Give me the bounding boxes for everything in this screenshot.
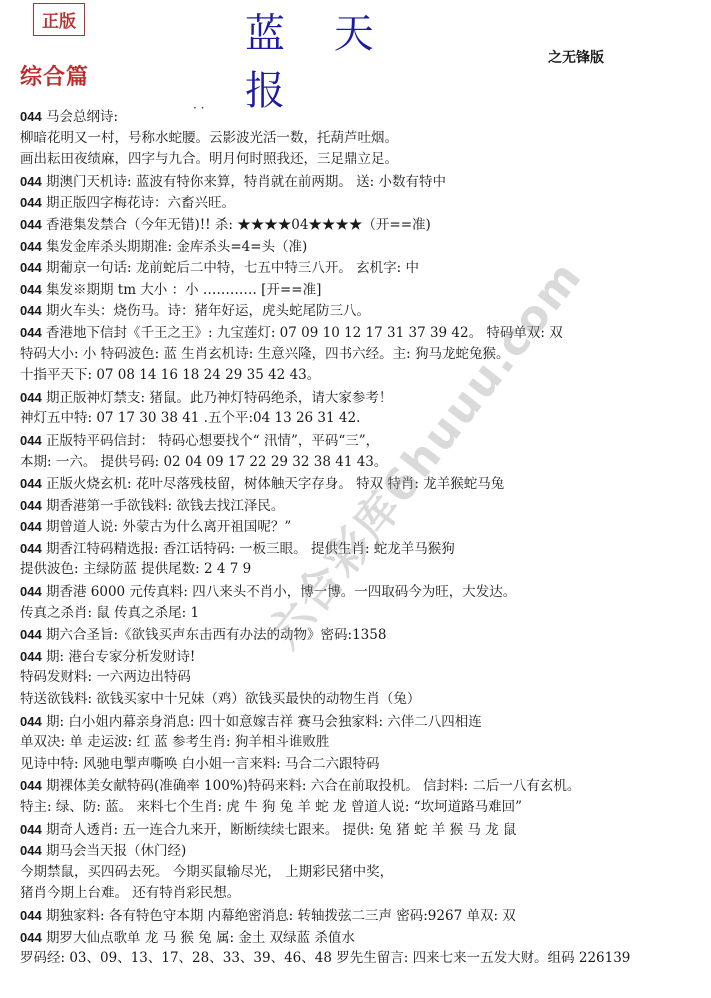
- issue-number: 044: [20, 325, 42, 340]
- text-line: 044 期六合圣旨:《欲钱买声东击西有办法的动物》密码:1358: [20, 624, 701, 646]
- line-text: 猪肖今期上台难。 还有特肖彩民想。: [20, 885, 240, 901]
- issue-number: 044: [20, 217, 42, 232]
- text-line: 044 期香港第一手欲钱料: 欲钱去找江泽民。: [20, 495, 701, 517]
- page-title: 蓝 天 报: [245, 2, 445, 116]
- line-text: 神灯五中特: 07 17 30 38 41 .五个平:04 13 26 31 4…: [20, 410, 360, 426]
- text-line: 十指平天下: 07 08 14 16 18 24 29 35 42 43。: [20, 365, 701, 387]
- issue-number: 044: [20, 195, 42, 210]
- issue-number: 044: [20, 260, 42, 275]
- line-text: 特码大小: 小 特码波色: 蓝 生肖玄机诗: 生意兴隆，四书六经。主: 狗马龙蛇…: [20, 346, 509, 362]
- line-text: 期正版神灯禁支: 猪鼠。此乃神灯特码绝杀，请大家参考！: [42, 390, 393, 406]
- line-text: 期奇人透肖: 五一连合九来开，断断续续七跟来。 提供: 兔 猪 蛇 羊 猴 马 …: [42, 822, 517, 838]
- text-line: 044 期独家料: 各有特色守本期 内幕绝密消息: 转轴拨弦二三声 密码:926…: [20, 905, 701, 927]
- line-text: 期六合圣旨:《欲钱买声东击西有办法的动物》密码:1358: [42, 627, 387, 643]
- text-line: 044 期奇人透肖: 五一连合九来开，断断续续七跟来。 提供: 兔 猪 蛇 羊 …: [20, 819, 701, 841]
- line-text: 期正版四字梅花诗：六畜兴旺。: [42, 195, 235, 211]
- line-text: 特码发财料: 一六两边出特码: [20, 669, 191, 685]
- text-line: 044 香港集发禁合（今年无错)!! 杀: ★★★★04★★★★（开==准): [20, 214, 701, 236]
- text-line: 传真之杀肖: 鼠 传真之杀尾: 1: [20, 603, 701, 625]
- text-line: 单双决: 单 走运波: 红 蓝 参考生肖: 狗羊相斗谁败胜: [20, 732, 701, 754]
- line-text: 正版火烧玄机: 花叶尽落残枝留，树体触天字存身。 特双 特肖: 龙羊猴蛇马兔: [42, 476, 505, 492]
- issue-number: 044: [20, 627, 42, 642]
- text-line: 044 期曾道人说: 外蒙古为什么离开祖国呢？”: [20, 516, 701, 538]
- line-text: 期马会当天报（休门经): [42, 843, 187, 859]
- genuine-edition-stamp: 正版: [33, 3, 85, 36]
- text-line: 提供波色: 主绿防蓝 提供尾数: 2 4 7 9: [20, 559, 701, 581]
- text-line: 特码发财料: 一六两边出特码: [20, 667, 701, 689]
- line-text: 期香港第一手欲钱料: 欲钱去找江泽民。: [42, 498, 285, 514]
- issue-number: 044: [20, 476, 42, 491]
- issue-number: 044: [20, 239, 42, 254]
- line-text: 期香江特码精选报: 香江话特码: 一板三眼。 提供生肖: 蛇龙羊马猴狗: [42, 541, 455, 557]
- text-line: 画出耘田夜绩麻，四字与九合。明月何时照我还，三足鼎立足。: [20, 149, 701, 171]
- line-text: 期葡京一句话: 龙前蛇后二中特，七五中特三八开。 玄机字: 中: [42, 260, 419, 276]
- issue-number: 044: [20, 584, 42, 599]
- issue-number: 044: [20, 433, 42, 448]
- issue-number: 044: [20, 390, 42, 405]
- text-line: 044 期: 白小姐内幕亲身消息: 四十如意嫁吉祥 赛马会独家料: 六伴二八四相…: [20, 711, 701, 733]
- line-text: 香港地下信封《千王之王》: 九宝莲灯: 07 09 10 12 17 31 37…: [42, 325, 563, 341]
- text-line: 044 期: 港台专家分析发财诗!: [20, 646, 701, 668]
- text-line: 044 期裸体美女献特码(准确率 100%)特码来料: 六合在前取投机。 信封料…: [20, 775, 701, 797]
- text-line: 044 期香港 6000 元传真料: 四八来头不肖小，博一博。一四取码今为旺，大…: [20, 581, 701, 603]
- issue-number: 044: [20, 930, 42, 945]
- line-text: 今期禁鼠，买四码去死。 今期买鼠输尽光， 上期彩民猪中奖，: [20, 864, 393, 880]
- line-text: 集发※期期 tm 大小 ：小 ………… [开==准]: [42, 282, 322, 298]
- line-text: 集发金库杀头期期准: 金库杀头=4=头（准): [42, 239, 308, 255]
- text-line: 044 期马会当天报（休门经): [20, 840, 701, 862]
- issue-number: 044: [20, 282, 42, 297]
- line-text: 提供波色: 主绿防蓝 提供尾数: 2 4 7 9: [20, 561, 251, 577]
- text-line: 044 期澳门天机诗: 蓝波有特你来算，特肖就在前两期。 送: 小数有特中: [20, 171, 701, 193]
- text-line: 044 正版特平码信封： 特码心想要找个“ 汛情”，平码“三”，: [20, 430, 701, 452]
- text-line: 044 集发金库杀头期期准: 金库杀头=4=头（准): [20, 236, 701, 258]
- text-line: 见诗中特: 风驰电掣声嘶唤 白小姐一言来料: 马合二六跟特码: [20, 754, 701, 776]
- issue-number: 044: [20, 908, 42, 923]
- text-line: 猪肖今期上台难。 还有特肖彩民想。: [20, 883, 701, 905]
- line-text: 期罗大仙点歌单 龙 马 猴 兔 属: 金土 双绿蓝 杀值水: [42, 930, 355, 946]
- line-text: 罗码经: 03、09、13、17、28、33、39、46、48 罗先生留言: 四…: [20, 950, 630, 966]
- line-text: 期香港 6000 元传真料: 四八来头不肖小，博一博。一四取码今为旺，大发达。: [42, 584, 517, 600]
- text-line: 044 期葡京一句话: 龙前蛇后二中特，七五中特三八开。 玄机字: 中: [20, 257, 701, 279]
- text-line: 044 期正版神灯禁支: 猪鼠。此乃神灯特码绝杀，请大家参考！: [20, 387, 701, 409]
- line-text: 香港集发禁合（今年无错)!! 杀: ★★★★04★★★★（开==准): [42, 217, 431, 233]
- text-line: 044 期正版四字梅花诗：六畜兴旺。: [20, 192, 701, 214]
- issue-number: 044: [20, 541, 42, 556]
- issue-number: 044: [20, 778, 42, 793]
- line-text: 期裸体美女献特码(准确率 100%)特码来料: 六合在前取投机。 信封料: 二后…: [42, 778, 581, 794]
- edition-subtitle: 之无锋版: [548, 47, 604, 67]
- text-line: 罗码经: 03、09、13、17、28、33、39、46、48 罗先生留言: 四…: [20, 948, 701, 970]
- line-text: 见诗中特: 风驰电掣声嘶唤 白小姐一言来料: 马合二六跟特码: [20, 756, 379, 772]
- line-text: 柳暗花明又一村，号称水蛇腰。云影波光活一数，托葫芦吐烟。: [20, 130, 398, 146]
- line-text: 传真之杀肖: 鼠 传真之杀尾: 1: [20, 605, 199, 621]
- text-line: 特送欲钱料: 欲钱买家中十兄妹（鸡）欲钱买最快的动物生肖（兔）: [20, 689, 701, 711]
- line-text: 特送欲钱料: 欲钱买家中十兄妹（鸡）欲钱买最快的动物生肖（兔）: [20, 691, 420, 707]
- text-line: 044 期香江特码精选报: 香江话特码: 一板三眼。 提供生肖: 蛇龙羊马猴狗: [20, 538, 701, 560]
- text-line: 044 马会总纲诗:: [20, 106, 701, 128]
- issue-number: 044: [20, 714, 42, 729]
- text-line: 044 期罗大仙点歌单 龙 马 猴 兔 属: 金土 双绿蓝 杀值水: [20, 927, 701, 949]
- document-body: 044 马会总纲诗:柳暗花明又一村，号称水蛇腰。云影波光活一数，托葫芦吐烟。画出…: [20, 106, 701, 970]
- line-text: 期: 港台专家分析发财诗!: [42, 649, 196, 665]
- line-text: 期澳门天机诗: 蓝波有特你来算，特肖就在前两期。 送: 小数有特中: [42, 174, 446, 190]
- line-text: 特主: 绿、防: 蓝。 来料七个生肖: 虎 牛 狗 兔 羊 蛇 龙 曾道人说: …: [20, 799, 522, 815]
- text-line: 神灯五中特: 07 17 30 38 41 .五个平:04 13 26 31 4…: [20, 408, 701, 430]
- issue-number: 044: [20, 843, 42, 858]
- line-text: 十指平天下: 07 08 14 16 18 24 29 35 42 43。: [20, 367, 320, 383]
- line-text: 单双决: 单 走运波: 红 蓝 参考生肖: 狗羊相斗谁败胜: [20, 734, 329, 750]
- line-text: 画出耘田夜绩麻，四字与九合。明月何时照我还，三足鼎立足。: [20, 151, 398, 167]
- issue-number: 044: [20, 498, 42, 513]
- line-text: 期火车头：烧伤马。诗：猪年好运，虎头蛇尾防三八。: [42, 303, 370, 319]
- issue-number: 044: [20, 519, 42, 534]
- text-line: 特主: 绿、防: 蓝。 来料七个生肖: 虎 牛 狗 兔 羊 蛇 龙 曾道人说: …: [20, 797, 701, 819]
- line-text: 期曾道人说: 外蒙古为什么离开祖国呢？”: [42, 519, 292, 535]
- text-line: 柳暗花明又一村，号称水蛇腰。云影波光活一数，托葫芦吐烟。: [20, 128, 701, 150]
- line-text: 马会总纲诗:: [42, 109, 118, 125]
- text-line: 044 期火车头：烧伤马。诗：猪年好运，虎头蛇尾防三八。: [20, 300, 701, 322]
- line-text: 期: 白小姐内幕亲身消息: 四十如意嫁吉祥 赛马会独家料: 六伴二八四相连: [42, 714, 482, 730]
- text-line: 本期: 一六。 提供号码: 02 04 09 17 22 29 32 38 41…: [20, 452, 701, 474]
- text-line: 今期禁鼠，买四码去死。 今期买鼠输尽光， 上期彩民猪中奖，: [20, 862, 701, 884]
- line-text: 期独家料: 各有特色守本期 内幕绝密消息: 转轴拨弦二三声 密码:9267 单双…: [42, 908, 516, 924]
- issue-number: 044: [20, 822, 42, 837]
- issue-number: 044: [20, 109, 42, 124]
- line-text: 正版特平码信封： 特码心想要找个“ 汛情”，平码“三”，: [42, 433, 379, 449]
- text-line: 044 集发※期期 tm 大小 ：小 ………… [开==准]: [20, 279, 701, 301]
- section-heading: 综合篇: [20, 60, 89, 91]
- text-line: 特码大小: 小 特码波色: 蓝 生肖玄机诗: 生意兴隆，四书六经。主: 狗马龙蛇…: [20, 344, 701, 366]
- issue-number: 044: [20, 174, 42, 189]
- issue-number: 044: [20, 649, 42, 664]
- text-line: 044 正版火烧玄机: 花叶尽落残枝留，树体触天字存身。 特双 特肖: 龙羊猴蛇…: [20, 473, 701, 495]
- line-text: 本期: 一六。 提供号码: 02 04 09 17 22 29 32 38 41…: [20, 454, 387, 470]
- text-line: 044 香港地下信封《千王之王》: 九宝莲灯: 07 09 10 12 17 3…: [20, 322, 701, 344]
- issue-number: 044: [20, 303, 42, 318]
